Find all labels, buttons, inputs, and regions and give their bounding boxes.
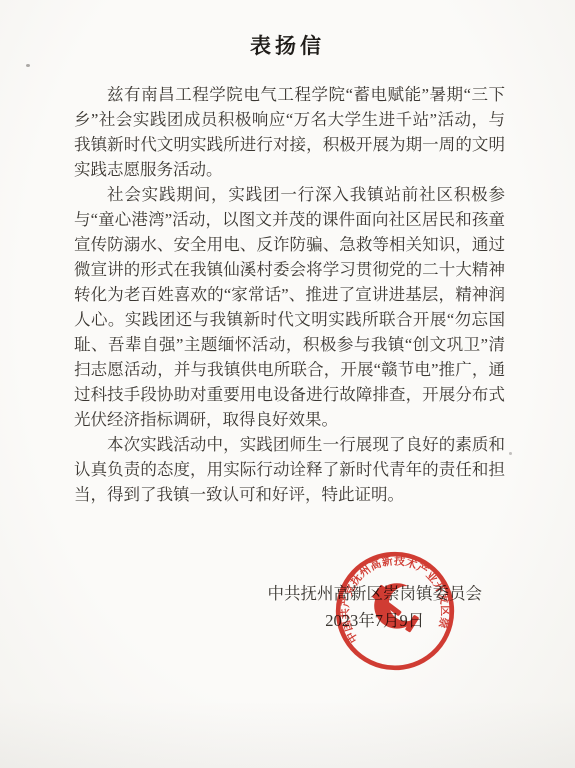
- paragraph-3: 本次实践活动中，实践团师生一行展现了良好的素质和认真负责的态度，用实际行动诠释了…: [74, 432, 505, 507]
- scan-shading: [0, 700, 575, 768]
- signature-block: 中共抚州高新区崇岗镇委员会 2023年7月9日: [268, 580, 483, 634]
- letter-body: 兹有南昌工程学院电气工程学院“蓄电赋能”暑期“三下乡”社会实践团成员积极响应“万…: [74, 82, 505, 507]
- paragraph-2: 社会实践期间，实践团一行深入我镇站前社区积极参与“童心港湾”活动，以图文并茂的课…: [74, 182, 505, 432]
- signature-date: 2023年7月9日: [268, 607, 483, 634]
- scanned-letter-page: 表扬信 兹有南昌工程学院电气工程学院“蓄电赋能”暑期“三下乡”社会实践团成员积极…: [0, 0, 575, 768]
- scan-speck: [509, 452, 512, 455]
- paragraph-1: 兹有南昌工程学院电气工程学院“蓄电赋能”暑期“三下乡”社会实践团成员积极响应“万…: [74, 82, 505, 182]
- signature-org: 中共抚州高新区崇岗镇委员会: [268, 580, 483, 607]
- letter-title: 表扬信: [0, 0, 575, 58]
- scan-speck: [26, 64, 30, 67]
